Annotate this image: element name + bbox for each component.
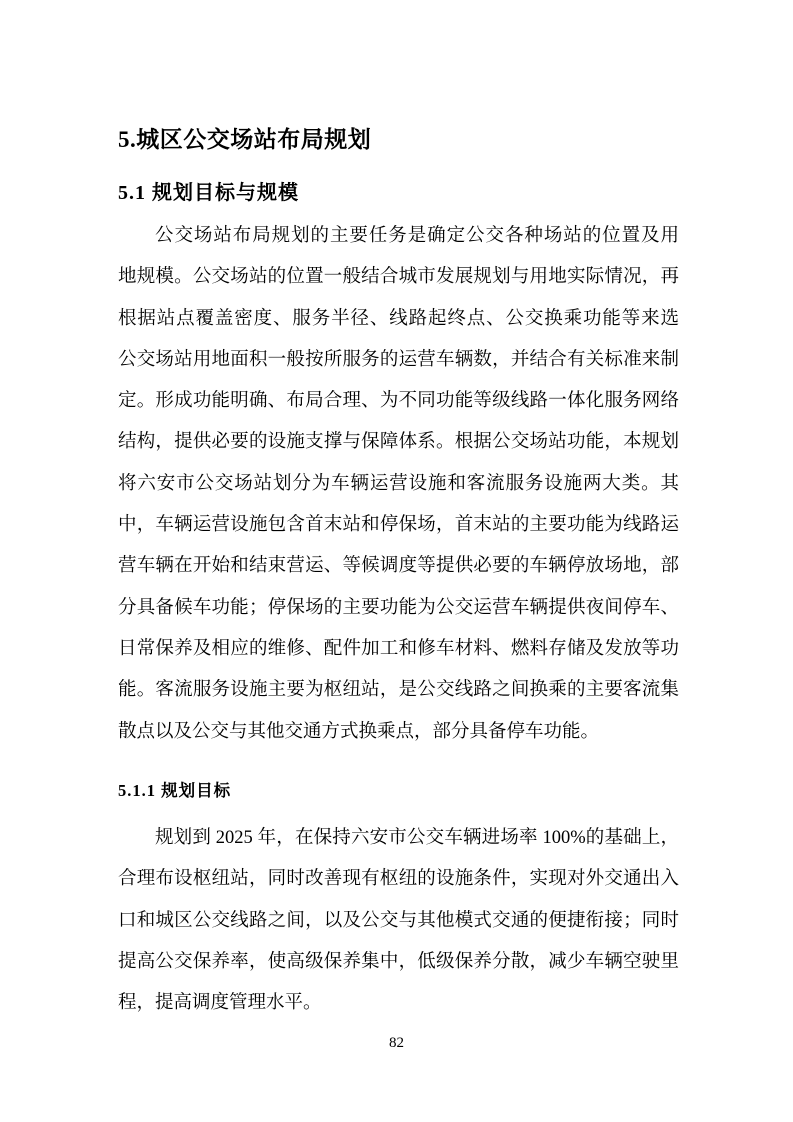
text-line: 口和城区公交线路之间，以及公交与其他模式交通的便捷衔接；同时 <box>118 901 679 942</box>
text-line: 营车辆在开始和结束营运、等候调度等提供必要的车辆停放场地，部 <box>118 546 679 587</box>
text-line: 地规模。公交场站的位置一般结合城市发展规划与用地实际情况，再 <box>118 257 679 298</box>
document-page: 5.城区公交场站布局规划 5.1 规划目标与规模 公交场站布局规划的主要任务是确… <box>0 0 793 1122</box>
section1-paragraph: 公交场站布局规划的主要任务是确定公交各种场站的位置及用 地规模。公交场站的位置一… <box>118 216 679 753</box>
subsection-heading: 5.1.1 规划目标 <box>118 777 231 801</box>
text-line: 分具备候车功能；停保场的主要功能为公交运营车辆提供夜间停车、 <box>118 588 679 629</box>
text-line: 结构，提供必要的设施支撑与保障体系。根据公交场站功能，本规划 <box>118 422 679 463</box>
text-line: 根据站点覆盖密度、服务半径、线路起终点、公交换乘功能等来选取。 <box>118 299 679 340</box>
text-line: 定。形成功能明确、布局合理、为不同功能等级线路一体化服务网络 <box>118 381 679 422</box>
section-heading: 5.1 规划目标与规模 <box>118 176 299 205</box>
page-number: 82 <box>0 1035 793 1052</box>
text-line: 程，提高调度管理水平。 <box>118 983 679 1024</box>
text-line: 公交场站布局规划的主要任务是确定公交各种场站的位置及用 <box>118 216 679 257</box>
text-line: 散点以及公交与其他交通方式换乘点，部分具备停车功能。 <box>118 712 679 753</box>
text-line: 将六安市公交场站划分为车辆运营设施和客流服务设施两大类。其 <box>118 464 679 505</box>
text-line: 能。客流服务设施主要为枢纽站，是公交线路之间换乘的主要客流集 <box>118 670 679 711</box>
text-line: 公交场站用地面积一般按所服务的运营车辆数，并结合有关标准来制 <box>118 340 679 381</box>
text-line: 规划到 2025 年，在保持六安市公交车辆进场率 100%的基础上， <box>118 818 679 859</box>
text-line: 提高公交保养率，使高级保养集中，低级保养分散，减少车辆空驶里 <box>118 942 679 983</box>
text-line: 中，车辆运营设施包含首末站和停保场，首末站的主要功能为线路运 <box>118 505 679 546</box>
section2-paragraph: 规划到 2025 年，在保持六安市公交车辆进场率 100%的基础上， 合理布设枢… <box>118 818 679 1024</box>
text-line: 日常保养及相应的维修、配件加工和修车材料、燃料存储及发放等功 <box>118 629 679 670</box>
chapter-title: 5.城区公交场站布局规划 <box>118 121 371 154</box>
text-line: 合理布设枢纽站，同时改善现有枢纽的设施条件，实现对外交通出入 <box>118 859 679 900</box>
